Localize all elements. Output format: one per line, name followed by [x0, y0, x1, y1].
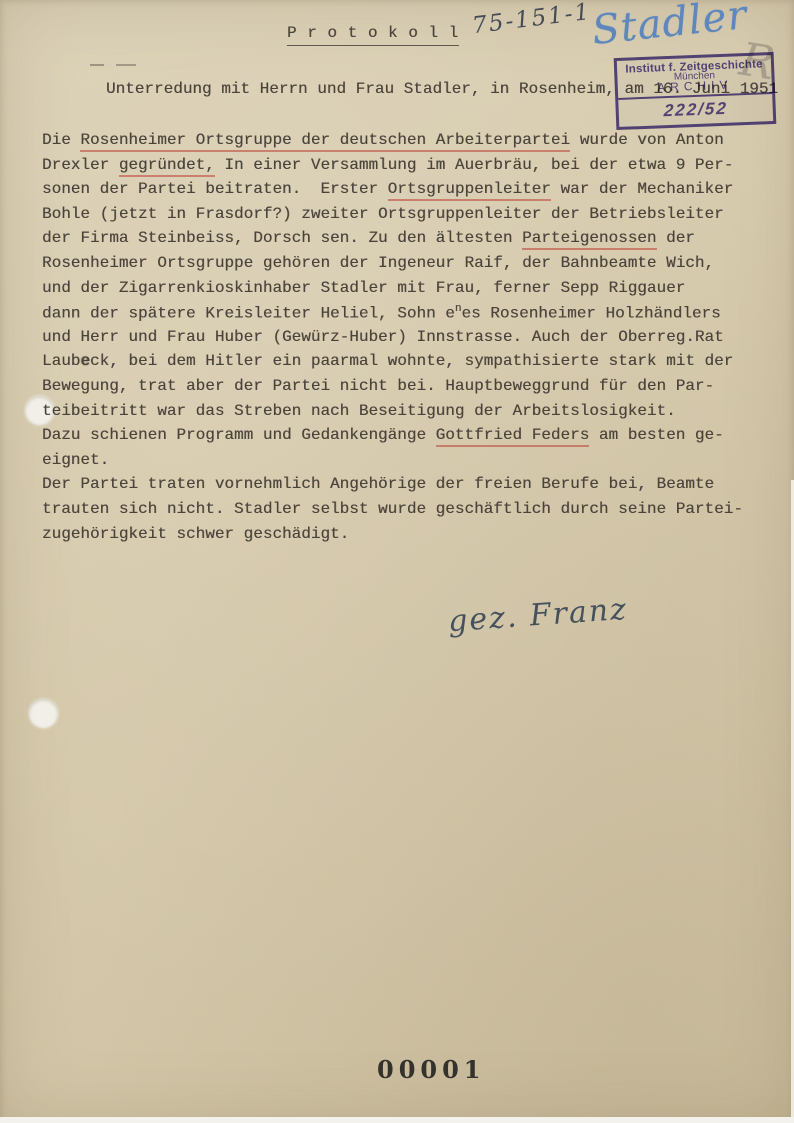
- text-segment: teibeitritt war das Streben nach Beseiti…: [42, 402, 676, 420]
- document-body: Die Rosenheimer Ortsgruppe der deutschen…: [42, 131, 762, 549]
- handwritten-name: Stadler: [590, 0, 749, 54]
- text-segment: Drexler: [42, 156, 119, 174]
- red-underlined-text-segment: Ortsgruppenleiter: [388, 180, 551, 201]
- text-segment: der Firma Steinbeiss, Dorsch sen. Zu den…: [42, 229, 522, 247]
- red-underlined-text-segment: Rosenheimer Ortsgruppe der deutschen Arb…: [80, 131, 570, 152]
- text-segment: der: [657, 229, 695, 247]
- text-segment: zugehörigkeit schwer geschädigt.: [42, 525, 349, 543]
- text-segment: e: [80, 352, 90, 370]
- text-segment: und Herr und Frau Huber (Gewürz-Huber) I…: [42, 328, 724, 346]
- red-underlined-text-segment: Gottfried Feders: [436, 426, 590, 447]
- scanned-document-page: P r o t o k o l l 75-151-1 Stadler R Unt…: [0, 0, 794, 1123]
- document-line: trauten sich nicht. Stadler selbst wurde…: [42, 500, 762, 525]
- text-segment: wurde von Anton: [570, 131, 724, 149]
- text-segment: es Rosenheimer Holzhändlers: [461, 304, 720, 322]
- document-line: dann der spätere Kreisleiter Heliel, Soh…: [42, 303, 762, 328]
- document-line: der Firma Steinbeiss, Dorsch sen. Zu den…: [42, 229, 762, 254]
- text-segment: ck, bei dem Hitler ein paarmal wohnte, s…: [90, 352, 733, 370]
- text-segment: sonen der Partei beitraten. Erster: [42, 180, 388, 198]
- stamp-reference-number: 222/52: [618, 94, 774, 127]
- archive-stamp-header: Institut f. Zeitgeschichte München ARCHI…: [617, 55, 772, 100]
- document-line: Die Rosenheimer Ortsgruppe der deutschen…: [42, 131, 762, 156]
- text-segment: Dazu schienen Programm und Gedankengänge: [42, 426, 436, 444]
- text-segment: war der Mechaniker: [551, 180, 733, 198]
- document-line: und der Zigarrenkioskinhaber Stadler mit…: [42, 279, 762, 304]
- text-segment: am besten ge-: [589, 426, 723, 444]
- text-segment: Laub: [42, 352, 80, 370]
- document-line: zugehörigkeit schwer geschädigt.: [42, 525, 762, 550]
- document-line: Dazu schienen Programm und Gedankengänge…: [42, 426, 762, 451]
- scan-edge-bottom: [0, 1117, 794, 1123]
- handwritten-archive-number: 75-151-1: [471, 0, 593, 39]
- document-line: Bohle (jetzt in Frasdorf?) zweiter Ortsg…: [42, 205, 762, 230]
- document-line: Drexler gegründet, In einer Versammlung …: [42, 156, 762, 181]
- text-segment: Die: [42, 131, 80, 149]
- text-segment: trauten sich nicht. Stadler selbst wurde…: [42, 500, 743, 518]
- text-segment: dann der spätere Kreisleiter Heliel, Soh…: [42, 304, 455, 322]
- document-line: Bewegung, trat aber der Partei nicht bei…: [42, 377, 762, 402]
- page-number-stamp: 00001: [377, 1055, 486, 1084]
- text-segment: und der Zigarrenkioskinhaber Stadler mit…: [42, 279, 685, 297]
- document-line: Der Partei traten vornehmlich Angehörige…: [42, 475, 762, 500]
- text-segment: Der Partei traten vornehmlich Angehörige…: [42, 475, 714, 493]
- text-segment: In einer Versammlung im Auerbräu, bei de…: [215, 156, 733, 174]
- document-line: Laubeck, bei dem Hitler ein paarmal wohn…: [42, 352, 762, 377]
- document-line: teibeitritt war das Streben nach Beseiti…: [42, 402, 762, 427]
- document-line: sonen der Partei beitraten. Erster Ortsg…: [42, 180, 762, 205]
- handwritten-signature: gez. Franz: [447, 592, 629, 639]
- red-underlined-text-segment: gegründet,: [119, 156, 215, 177]
- document-title: P r o t o k o l l: [287, 24, 459, 46]
- document-line: eignet.: [42, 451, 762, 476]
- document-line: Rosenheimer Ortsgruppe gehören der Ingen…: [42, 254, 762, 279]
- hole-punch-bottom: [29, 699, 58, 728]
- archive-stamp: Institut f. Zeitgeschichte München ARCHI…: [614, 52, 777, 130]
- pencil-dash-mark: [90, 62, 146, 67]
- text-segment: Rosenheimer Ortsgruppe gehören der Ingen…: [42, 254, 714, 272]
- red-underlined-text-segment: Parteigenossen: [522, 229, 656, 250]
- text-segment: eignet.: [42, 451, 109, 469]
- text-segment: Bewegung, trat aber der Partei nicht bei…: [42, 377, 714, 395]
- text-segment: Bohle (jetzt in Frasdorf?) zweiter Ortsg…: [42, 205, 724, 223]
- document-line: und Herr und Frau Huber (Gewürz-Huber) I…: [42, 328, 762, 353]
